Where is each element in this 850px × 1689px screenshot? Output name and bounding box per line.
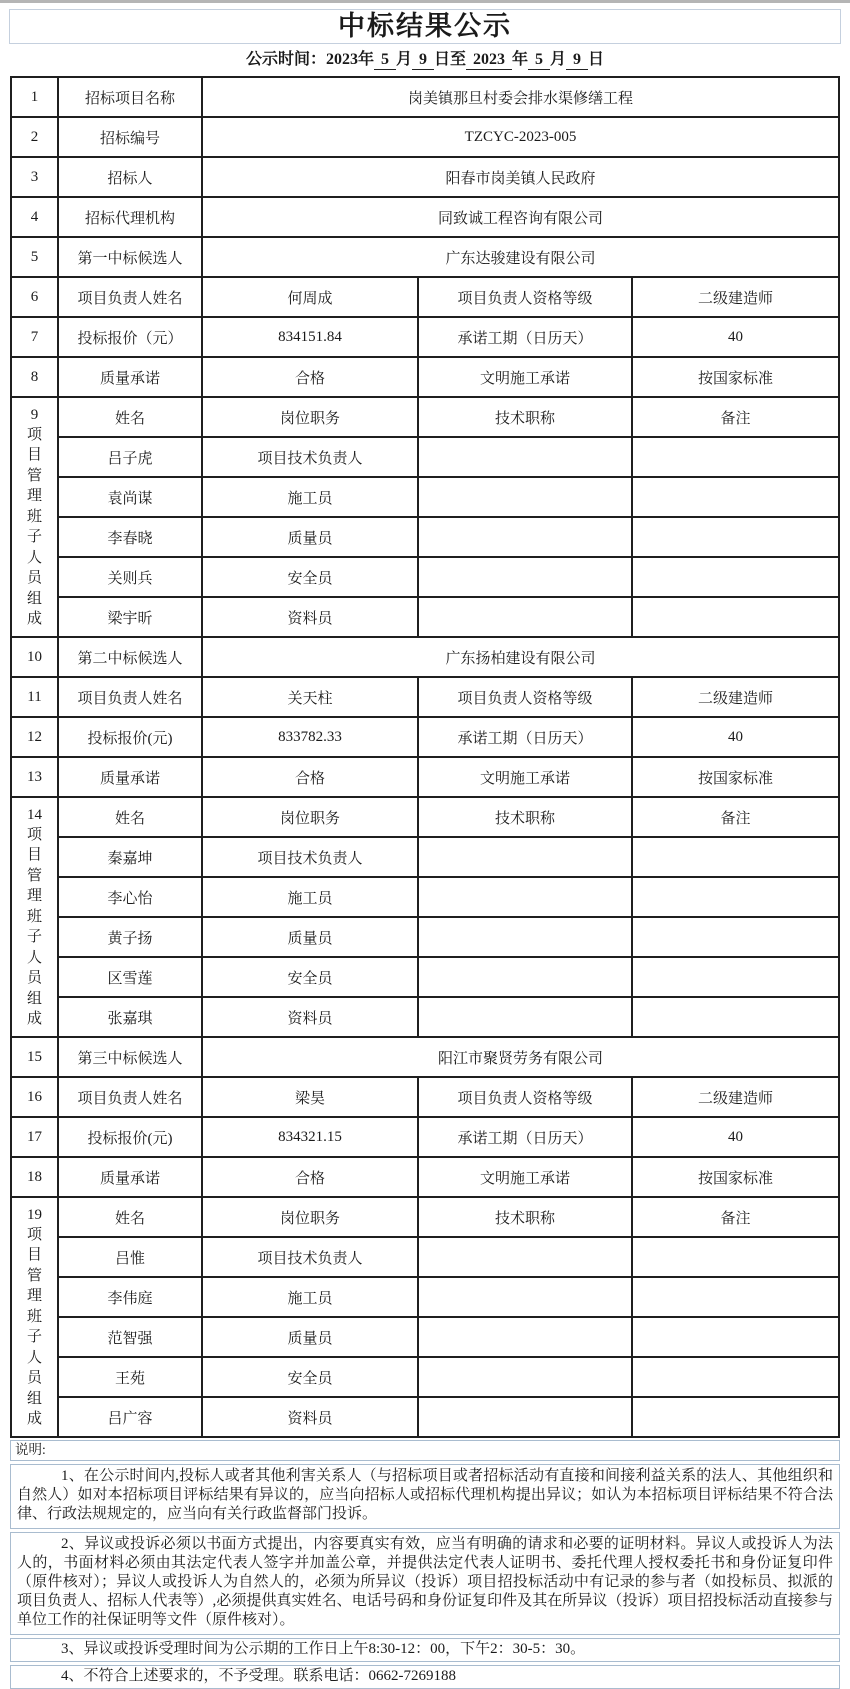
label-cell: 黄子扬 xyxy=(58,917,202,957)
row-number-cell: 12 xyxy=(11,717,58,757)
value-cell xyxy=(632,1357,839,1397)
row-group-vertical-label: 项目管理班子人员组成 xyxy=(26,1225,43,1430)
value-cell: 何周成 xyxy=(202,277,418,317)
value-cell: 834321.15 xyxy=(202,1117,418,1157)
page-title: 中标结果公示 xyxy=(338,13,512,40)
table-row: 张嘉琪资料员 xyxy=(11,997,839,1037)
row-number-cell: 6 xyxy=(11,277,58,317)
table-row: 7投标报价（元）834151.84承诺工期（日历天）40 xyxy=(11,317,839,357)
label-cell: 质量承诺 xyxy=(58,1157,202,1197)
value-cell: 文明施工承诺 xyxy=(418,357,632,397)
value-cell: 备注 xyxy=(632,1197,839,1237)
date-field-underlined: 2023 xyxy=(466,50,512,70)
value-cell xyxy=(418,517,632,557)
row-number-cell: 18 xyxy=(11,1157,58,1197)
label-cell: 第二中标候选人 xyxy=(58,637,202,677)
table-row: 范智强质量员 xyxy=(11,1317,839,1357)
label-cell: 吕子虎 xyxy=(58,437,202,477)
row-number-cell: 4 xyxy=(11,197,58,237)
row-number-cell: 2 xyxy=(11,117,58,157)
row-number-cell: 17 xyxy=(11,1117,58,1157)
value-cell: 关天柱 xyxy=(202,677,418,717)
value-cell: 备注 xyxy=(632,797,839,837)
row-number: 14 xyxy=(15,805,54,825)
table-row: 吕惟项目技术负责人 xyxy=(11,1237,839,1277)
value-cell xyxy=(632,997,839,1037)
title-box: 中标结果公示 xyxy=(9,9,841,44)
date-field-text: 2023年 xyxy=(326,51,374,68)
value-cell: 岗位职务 xyxy=(202,1197,418,1237)
row-group-number-cell: 9项目管理班子人员组成 xyxy=(11,397,58,637)
date-field-underlined: 5 xyxy=(374,50,396,70)
note-paragraph: 2、异议或投诉必须以书面方式提出，内容要真实有效，应当有明确的请求和必要的证明材… xyxy=(10,1532,840,1635)
row-group-vertical-label: 项目管理班子人员组成 xyxy=(26,425,43,630)
row-number-cell: 3 xyxy=(11,157,58,197)
publicity-time-line: 公示时间：2023年5月9日至2023年5月9日 xyxy=(0,49,850,71)
label-cell: 袁尚谋 xyxy=(58,477,202,517)
value-cell: 梁昊 xyxy=(202,1077,418,1117)
label-cell: 第一中标候选人 xyxy=(58,237,202,277)
table-row: 16项目负责人姓名梁昊项目负责人资格等级二级建造师 xyxy=(11,1077,839,1117)
row-number-cell: 16 xyxy=(11,1077,58,1117)
value-cell xyxy=(632,597,839,637)
note-paragraph: 1、在公示时间内,投标人或者其他利害关系人（与招标项目或者招标活动有直接和间接利… xyxy=(10,1464,840,1529)
value-cell: 合格 xyxy=(202,757,418,797)
value-cell: 安全员 xyxy=(202,1357,418,1397)
value-cell xyxy=(632,557,839,597)
value-cell: 合格 xyxy=(202,1157,418,1197)
value-cell: 资料员 xyxy=(202,597,418,637)
value-cell xyxy=(632,837,839,877)
table-row: 吕子虎项目技术负责人 xyxy=(11,437,839,477)
value-cell: 广东达骏建设有限公司 xyxy=(202,237,839,277)
table-row: 区雪莲安全员 xyxy=(11,957,839,997)
value-cell: 施工员 xyxy=(202,877,418,917)
label-cell: 招标代理机构 xyxy=(58,197,202,237)
value-cell: 同致诚工程咨询有限公司 xyxy=(202,197,839,237)
value-cell: 项目技术负责人 xyxy=(202,437,418,477)
table-row: 李心怡施工员 xyxy=(11,877,839,917)
value-cell xyxy=(418,997,632,1037)
value-cell: 40 xyxy=(632,1117,839,1157)
label-cell: 吕惟 xyxy=(58,1237,202,1277)
label-cell: 姓名 xyxy=(58,397,202,437)
table-row: 12投标报价(元)833782.33承诺工期（日历天）40 xyxy=(11,717,839,757)
date-field-text: 日至 xyxy=(434,51,466,68)
date-field-underlined: 5 xyxy=(528,50,550,70)
value-cell: 质量员 xyxy=(202,517,418,557)
value-cell xyxy=(632,877,839,917)
value-cell: 质量员 xyxy=(202,917,418,957)
value-cell xyxy=(418,557,632,597)
value-cell: 按国家标准 xyxy=(632,357,839,397)
row-number-cell: 10 xyxy=(11,637,58,677)
value-cell xyxy=(632,917,839,957)
date-field-underlined: 9 xyxy=(566,50,588,70)
table-row: 5第一中标候选人广东达骏建设有限公司 xyxy=(11,237,839,277)
value-cell: 技术职称 xyxy=(418,1197,632,1237)
label-cell: 姓名 xyxy=(58,1197,202,1237)
publicity-time-label: 公示时间： xyxy=(246,51,326,68)
value-cell: 资料员 xyxy=(202,1397,418,1437)
row-number-cell: 5 xyxy=(11,237,58,277)
value-cell xyxy=(632,1397,839,1437)
value-cell: TZCYC-2023-005 xyxy=(202,117,839,157)
value-cell xyxy=(418,837,632,877)
value-cell xyxy=(418,957,632,997)
label-cell: 李伟庭 xyxy=(58,1277,202,1317)
row-group-vertical-label: 项目管理班子人员组成 xyxy=(26,825,43,1030)
table-row: 13质量承诺合格文明施工承诺按国家标准 xyxy=(11,757,839,797)
table-row: 王苑安全员 xyxy=(11,1357,839,1397)
table-row: 吕广容资料员 xyxy=(11,1397,839,1437)
table-row: 4招标代理机构同致诚工程咨询有限公司 xyxy=(11,197,839,237)
notes-heading: 说明: xyxy=(10,1440,840,1461)
label-cell: 投标报价（元） xyxy=(58,317,202,357)
bid-result-table: 1招标项目名称岗美镇那旦村委会排水渠修缮工程2招标编号TZCYC-2023-00… xyxy=(10,76,840,1438)
note-paragraph: 3、异议或投诉受理时间为公示期的工作日上午8:30-12：00，下午2：30-5… xyxy=(10,1638,840,1662)
value-cell: 阳春市岗美镇人民政府 xyxy=(202,157,839,197)
label-cell: 王苑 xyxy=(58,1357,202,1397)
value-cell: 40 xyxy=(632,717,839,757)
value-cell: 834151.84 xyxy=(202,317,418,357)
label-cell: 关则兵 xyxy=(58,557,202,597)
label-cell: 第三中标候选人 xyxy=(58,1037,202,1077)
value-cell: 技术职称 xyxy=(418,397,632,437)
label-cell: 梁宇昕 xyxy=(58,597,202,637)
row-group-number-cell: 19项目管理班子人员组成 xyxy=(11,1197,58,1437)
table-row: 秦嘉坤项目技术负责人 xyxy=(11,837,839,877)
table-row: 李春晓质量员 xyxy=(11,517,839,557)
table-row: 袁尚谋施工员 xyxy=(11,477,839,517)
date-field-underlined: 9 xyxy=(412,50,434,70)
value-cell: 合格 xyxy=(202,357,418,397)
table-row: 9项目管理班子人员组成姓名岗位职务技术职称备注 xyxy=(11,397,839,437)
table-row: 15第三中标候选人阳江市聚贤劳务有限公司 xyxy=(11,1037,839,1077)
value-cell: 二级建造师 xyxy=(632,1077,839,1117)
row-number-cell: 8 xyxy=(11,357,58,397)
row-number: 19 xyxy=(15,1205,54,1225)
label-cell: 投标报价(元) xyxy=(58,1117,202,1157)
label-cell: 项目负责人姓名 xyxy=(58,1077,202,1117)
label-cell: 张嘉琪 xyxy=(58,997,202,1037)
value-cell: 按国家标准 xyxy=(632,757,839,797)
date-field-text: 月 xyxy=(550,51,566,68)
row-group-number-cell: 14项目管理班子人员组成 xyxy=(11,797,58,1037)
value-cell xyxy=(632,1317,839,1357)
value-cell: 文明施工承诺 xyxy=(418,757,632,797)
value-cell: 质量员 xyxy=(202,1317,418,1357)
label-cell: 质量承诺 xyxy=(58,757,202,797)
value-cell: 项目技术负责人 xyxy=(202,1237,418,1277)
table-row: 1招标项目名称岗美镇那旦村委会排水渠修缮工程 xyxy=(11,77,839,117)
value-cell: 二级建造师 xyxy=(632,677,839,717)
row-number: 9 xyxy=(15,405,54,425)
label-cell: 投标报价(元) xyxy=(58,717,202,757)
table-row: 11项目负责人姓名关天柱项目负责人资格等级二级建造师 xyxy=(11,677,839,717)
note-paragraph: 4、不符合上述要求的，不予受理。联系电话：0662-7269188 xyxy=(10,1665,840,1689)
row-number-cell: 7 xyxy=(11,317,58,357)
table-row: 10第二中标候选人广东扬柏建设有限公司 xyxy=(11,637,839,677)
value-cell: 项目负责人资格等级 xyxy=(418,677,632,717)
value-cell: 岗位职务 xyxy=(202,797,418,837)
value-cell xyxy=(418,597,632,637)
publicity-time-value: 2023年5月9日至2023年5月9日 xyxy=(326,51,604,68)
value-cell xyxy=(418,1277,632,1317)
label-cell: 质量承诺 xyxy=(58,357,202,397)
row-number-cell: 11 xyxy=(11,677,58,717)
label-cell: 项目负责人姓名 xyxy=(58,277,202,317)
table-row: 关则兵安全员 xyxy=(11,557,839,597)
table-row: 梁宇昕资料员 xyxy=(11,597,839,637)
value-cell: 承诺工期（日历天） xyxy=(418,717,632,757)
table-row: 3招标人阳春市岗美镇人民政府 xyxy=(11,157,839,197)
value-cell xyxy=(418,437,632,477)
label-cell: 李春晓 xyxy=(58,517,202,557)
value-cell: 施工员 xyxy=(202,1277,418,1317)
value-cell: 安全员 xyxy=(202,957,418,997)
value-cell xyxy=(418,477,632,517)
value-cell xyxy=(418,1237,632,1277)
value-cell xyxy=(632,517,839,557)
value-cell: 文明施工承诺 xyxy=(418,1157,632,1197)
value-cell: 阳江市聚贤劳务有限公司 xyxy=(202,1037,839,1077)
row-number-cell: 15 xyxy=(11,1037,58,1077)
value-cell: 备注 xyxy=(632,397,839,437)
value-cell: 项目技术负责人 xyxy=(202,837,418,877)
table-row: 14项目管理班子人员组成姓名岗位职务技术职称备注 xyxy=(11,797,839,837)
table-row: 李伟庭施工员 xyxy=(11,1277,839,1317)
label-cell: 李心怡 xyxy=(58,877,202,917)
label-cell: 吕广容 xyxy=(58,1397,202,1437)
row-number-cell: 13 xyxy=(11,757,58,797)
value-cell: 承诺工期（日历天） xyxy=(418,317,632,357)
date-field-text: 日 xyxy=(588,51,604,68)
table-row: 17投标报价(元)834321.15承诺工期（日历天）40 xyxy=(11,1117,839,1157)
value-cell xyxy=(418,1397,632,1437)
date-field-text: 年 xyxy=(512,51,528,68)
value-cell: 岗美镇那旦村委会排水渠修缮工程 xyxy=(202,77,839,117)
label-cell: 秦嘉坤 xyxy=(58,837,202,877)
table-row: 18质量承诺合格文明施工承诺按国家标准 xyxy=(11,1157,839,1197)
value-cell: 833782.33 xyxy=(202,717,418,757)
value-cell xyxy=(632,477,839,517)
value-cell xyxy=(632,437,839,477)
table-row: 6项目负责人姓名何周成项目负责人资格等级二级建造师 xyxy=(11,277,839,317)
value-cell: 项目负责人资格等级 xyxy=(418,1077,632,1117)
table-row: 19项目管理班子人员组成姓名岗位职务技术职称备注 xyxy=(11,1197,839,1237)
value-cell: 资料员 xyxy=(202,997,418,1037)
value-cell xyxy=(632,1237,839,1277)
value-cell xyxy=(418,1317,632,1357)
top-divider-strip xyxy=(0,0,850,3)
table-row: 黄子扬质量员 xyxy=(11,917,839,957)
value-cell: 岗位职务 xyxy=(202,397,418,437)
value-cell xyxy=(418,877,632,917)
value-cell xyxy=(632,1277,839,1317)
row-number-cell: 1 xyxy=(11,77,58,117)
date-field-text: 月 xyxy=(396,51,412,68)
label-cell: 范智强 xyxy=(58,1317,202,1357)
label-cell: 姓名 xyxy=(58,797,202,837)
label-cell: 招标人 xyxy=(58,157,202,197)
notes-section: 说明: 1、在公示时间内,投标人或者其他利害关系人（与招标项目或者招标活动有直接… xyxy=(10,1440,840,1689)
value-cell: 技术职称 xyxy=(418,797,632,837)
value-cell: 40 xyxy=(632,317,839,357)
value-cell: 施工员 xyxy=(202,477,418,517)
value-cell: 二级建造师 xyxy=(632,277,839,317)
value-cell: 按国家标准 xyxy=(632,1157,839,1197)
table-row: 2招标编号TZCYC-2023-005 xyxy=(11,117,839,157)
value-cell: 项目负责人资格等级 xyxy=(418,277,632,317)
table-row: 8质量承诺合格文明施工承诺按国家标准 xyxy=(11,357,839,397)
value-cell xyxy=(418,917,632,957)
value-cell: 承诺工期（日历天） xyxy=(418,1117,632,1157)
value-cell xyxy=(632,957,839,997)
label-cell: 区雪莲 xyxy=(58,957,202,997)
label-cell: 项目负责人姓名 xyxy=(58,677,202,717)
value-cell: 广东扬柏建设有限公司 xyxy=(202,637,839,677)
value-cell: 安全员 xyxy=(202,557,418,597)
value-cell xyxy=(418,1357,632,1397)
label-cell: 招标编号 xyxy=(58,117,202,157)
label-cell: 招标项目名称 xyxy=(58,77,202,117)
